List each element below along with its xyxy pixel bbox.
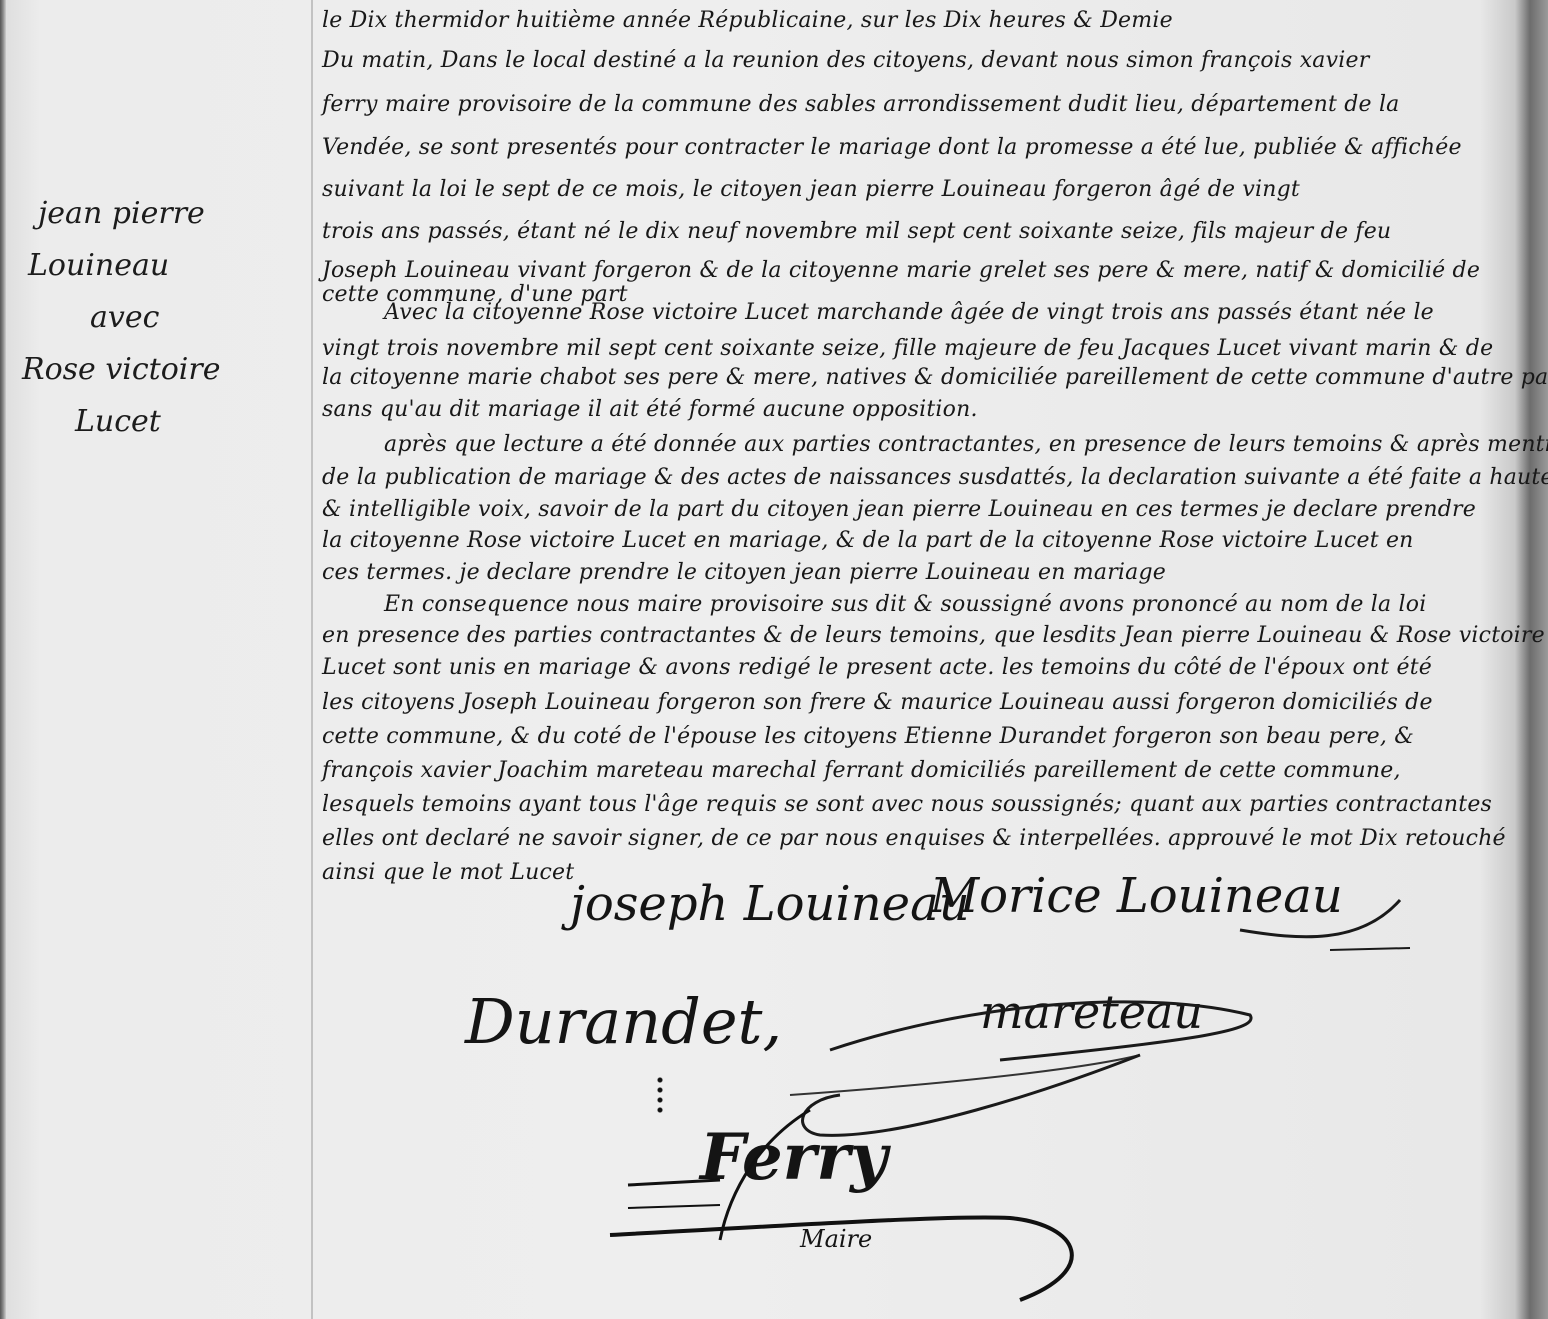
signature-flourishes — [0, 0, 1548, 1319]
document-page: jean pierre Louineau avec Rose victoire … — [0, 0, 1548, 1319]
